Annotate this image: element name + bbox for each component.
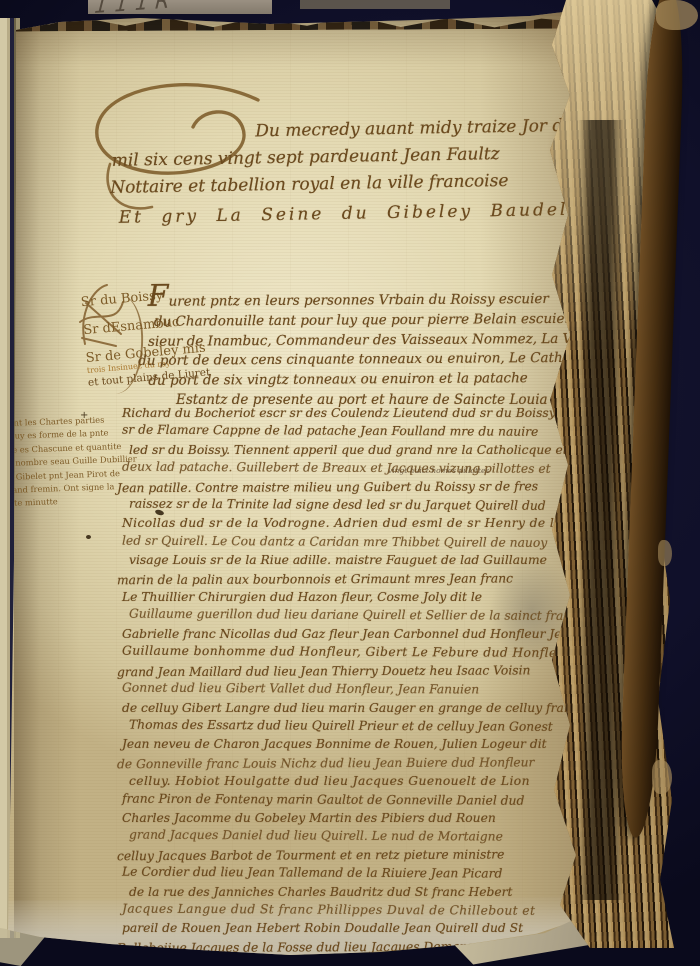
cross-mark: + [346,14,357,29]
underlying-sheet-fragment [300,0,450,9]
paper-fleck [658,540,672,566]
ink-blot [86,535,91,539]
manuscript-photo: 111R + + Du mecredy auant midy traize Jo… [0,0,700,966]
paper-fleck [656,0,698,30]
dark-damage-core [578,120,624,900]
paper-fleck [652,760,672,794]
pen-trial-scribble: 111R [91,0,180,18]
